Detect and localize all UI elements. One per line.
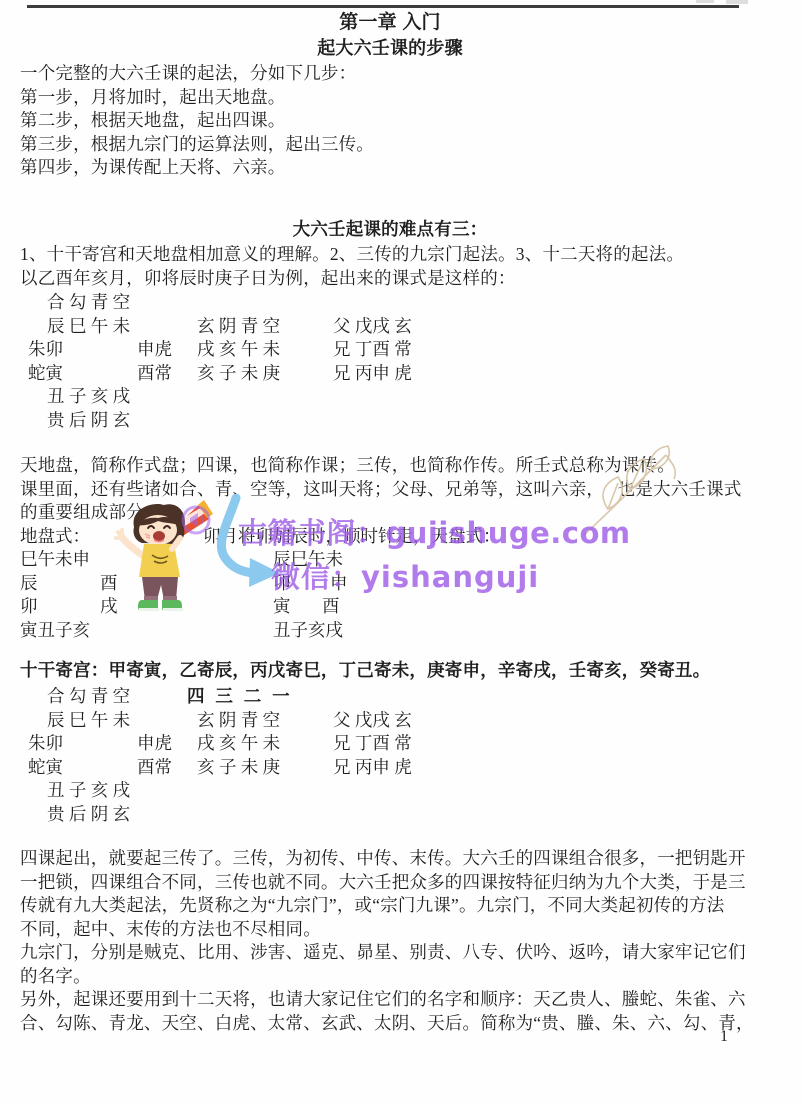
closing-line: 的名字。 — [20, 965, 750, 989]
chart-row: 贵 后 阴 玄 — [0, 409, 802, 433]
chart-cell: 朱卯 — [28, 732, 63, 756]
example-intro: 以乙酉年亥月，卯将辰时庚子日为例，起出来的课式是这样的： — [20, 267, 750, 291]
chart-cell: 戌 亥 午 未 — [197, 732, 280, 756]
grid-cell: 寅 — [273, 595, 291, 619]
chart-row: 辰 巳 午 未 玄 阴 青 空 父 戊戌 玄 — [0, 315, 802, 339]
chart-cell: 申虎 — [137, 338, 172, 362]
chart-cell: 兄 丙申 虎 — [333, 362, 412, 386]
chart-cell: 亥 子 未 庚 — [197, 756, 280, 780]
grid-cell: 丑子亥戌 — [273, 619, 343, 643]
intro-lead: 一个完整的大六壬课的起法，分如下几步： — [20, 62, 750, 86]
jigong-heading: 十干寄宫：甲寄寅，乙寄辰，丙戊寄巳，丁己寄未，庚寄申，辛寄戌，壬寄亥，癸寄丑。 — [20, 659, 750, 683]
chart-row: 朱卯 申虎 戌 亥 午 未 兄 丁酉 常 — [0, 338, 802, 362]
course-numbers: 四 三 二 一 — [187, 685, 293, 709]
intro-step: 第三步，根据九宗门的运算法则，起出三传。 — [20, 133, 750, 157]
intro-step: 第一步，月将加时，起出天地盘。 — [20, 86, 750, 110]
chart-cell: 丑 子 亥 戌 — [47, 779, 130, 803]
chapter-title: 第一章 入门 — [0, 11, 780, 35]
chart-cell: 贵 后 阴 玄 — [47, 803, 130, 827]
chart-cell: 玄 阴 青 空 — [197, 315, 280, 339]
closing-line: 传就有九大类起法，先贤称之为“九宗门”，或“宗门九课”。九宗门，不同大类起初传的… — [20, 894, 750, 918]
chart-cell: 酉常 — [137, 362, 172, 386]
scan-artifact — [726, 0, 748, 4]
chart-cell: 戌 亥 午 未 — [197, 338, 280, 362]
closing-line: 一把锁，四课组合不同，三传也就不同。大六壬把众多的四课按特征归纳为九个大类，于是… — [20, 871, 750, 895]
closing-line: 另外，起课还要用到十二天将，也请大家记住它们的名字和顺序：天乙贵人、螣蛇、朱雀、… — [20, 988, 750, 1012]
chart-cell: 申虎 — [137, 732, 172, 756]
chart-row: 辰 巳 午 未 玄 阴 青 空 父 戊戌 玄 — [0, 709, 802, 733]
chart-row: 蛇寅 酉常 亥 子 未 庚 兄 丙申 虎 — [0, 756, 802, 780]
chart-cell: 辰 巳 午 未 — [47, 709, 130, 733]
chart-row: 贵 后 阴 玄 — [0, 803, 802, 827]
chart-cell: 父 戊戌 玄 — [333, 315, 412, 339]
chart-cell: 贵 后 阴 玄 — [47, 409, 130, 433]
chart-cell: 蛇寅 — [28, 756, 63, 780]
chart-row: 丑 子 亥 戌 — [0, 779, 802, 803]
closing-line: 不同，起中、末传的方法也不尽相同。 — [20, 918, 750, 942]
chart-row: 合 勾 青 空 — [0, 291, 802, 315]
difficulties-points: 1、十干寄宫和天地盘相加意义的理解。2、三传的九宗门起法。3、十二天将的起法。 — [20, 243, 750, 267]
chart-cell: 朱卯 — [28, 338, 63, 362]
intro-step: 第四步，为课传配上天将、六亲。 — [20, 156, 750, 180]
document-page: 第一章 入门 起大六壬课的步骤 一个完整的大六壬课的起法，分如下几步： 第一步，… — [0, 0, 802, 1104]
chart-row: 蛇寅 酉常 亥 子 未 庚 兄 丙申 虎 — [0, 362, 802, 386]
watermark-wechat: 微信：yishanguji — [271, 555, 539, 596]
chart-cell: 蛇寅 — [28, 362, 63, 386]
grid-row: 丑子亥戌 — [0, 619, 802, 643]
chart-cell: 兄 丁酉 常 — [333, 338, 412, 362]
chart-cell: 亥 子 未 庚 — [197, 362, 280, 386]
chart-cell: 辰 巳 午 未 — [47, 315, 130, 339]
grid-cell: 酉 — [322, 595, 340, 619]
dipan-label: 地盘式： — [20, 525, 90, 549]
chart-cell: 父 戊戌 玄 — [333, 709, 412, 733]
top-rule-line — [27, 5, 739, 8]
closing-line: 九宗门，分别是贼克、比用、涉害、遥克、昴星、别责、八专、伏吟、返吟，请大家牢记它… — [20, 941, 750, 965]
chart-cell: 兄 丁酉 常 — [333, 732, 412, 756]
chart-cell: 兄 丙申 虎 — [333, 756, 412, 780]
closing-line: 合、勾陈、青龙、天空、白虎、太常、玄武、太阴、天后。简称为“贵、螣、朱、六、勾、… — [20, 1012, 750, 1036]
chart-row: 合 勾 青 空 四 三 二 一 — [0, 685, 802, 709]
chart-cell: 酉常 — [137, 756, 172, 780]
scan-artifact — [696, 0, 714, 3]
intro-step: 第二步，根据天地盘，起出四课。 — [20, 109, 750, 133]
chart-cell: 合 勾 青 空 — [47, 685, 130, 709]
chart-cell: 丑 子 亥 戌 — [47, 385, 130, 409]
chart-row: 丑 子 亥 戌 — [0, 385, 802, 409]
watermark-site: 古籍书阁：gujishuge.com — [238, 511, 631, 552]
section-title: 起大六壬课的步骤 — [0, 37, 780, 61]
megaphone-circle-icon — [180, 504, 212, 536]
chart-cell: 玄 阴 青 空 — [197, 709, 280, 733]
difficulties-heading: 大六壬起课的难点有三： — [0, 218, 780, 242]
closing-line: 四课起出，就要起三传了。三传，为初传、中传、末传。大六壬的四课组合很多，一把钥匙… — [20, 847, 750, 871]
page-number: 1 — [720, 1028, 728, 1046]
chart-row: 朱卯 申虎 戌 亥 午 未 兄 丁酉 常 — [0, 732, 802, 756]
chart-cell: 合 勾 青 空 — [47, 291, 130, 315]
